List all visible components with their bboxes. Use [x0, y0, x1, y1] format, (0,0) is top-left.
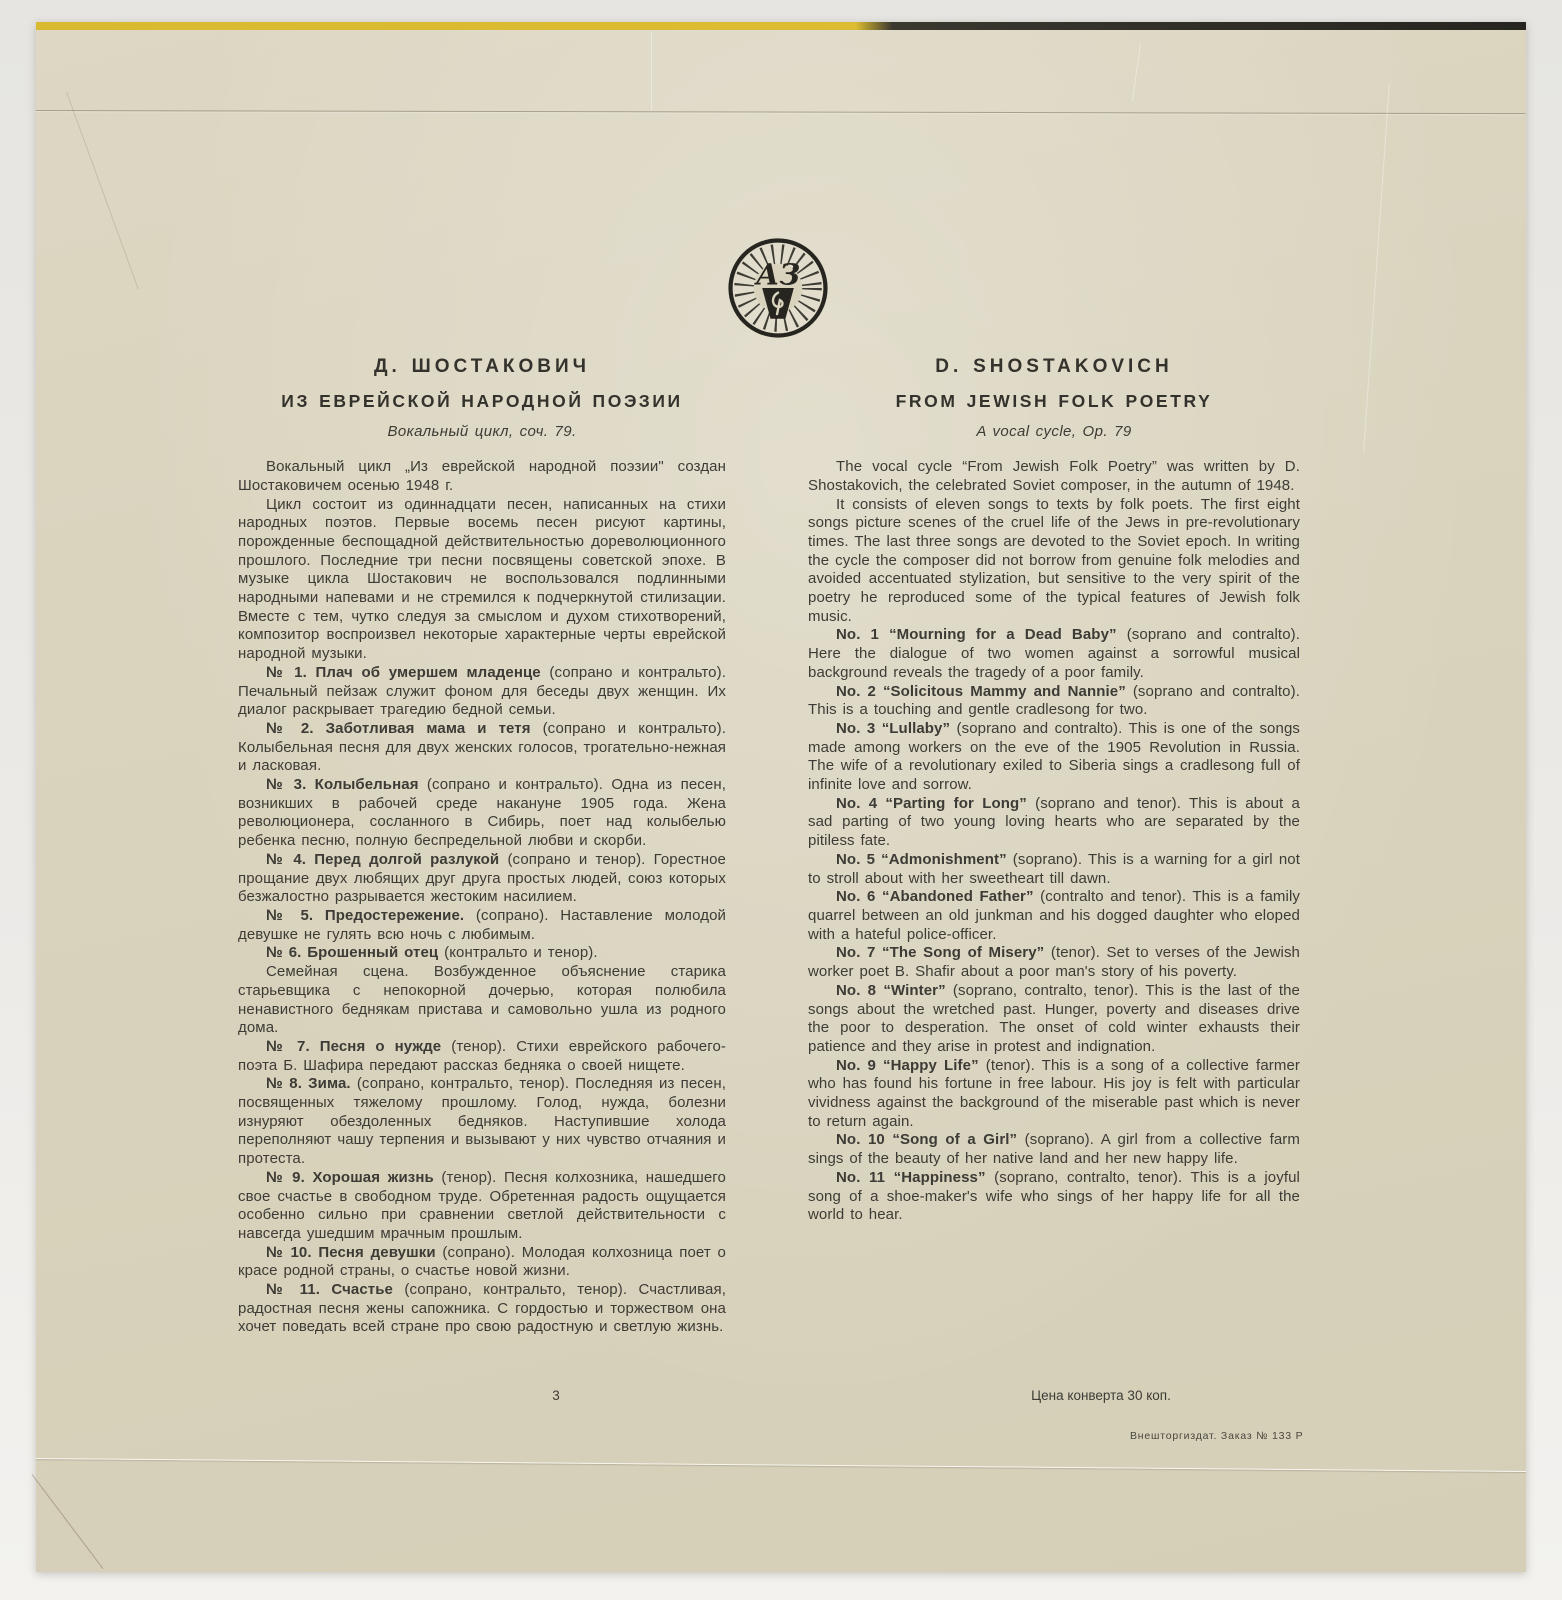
en-song-6-title: No. 6 “Abandoned Father”: [836, 888, 1034, 905]
flap-seam-top: [36, 110, 1526, 114]
ru-song-5-title: № 5. Предостережение.: [266, 907, 464, 924]
ru-song-2: № 2. Заботливая мама и тетя (сопрано и к…: [238, 720, 726, 776]
ru-song-8: № 8. Зима. (сопрано, контральто, тенор).…: [238, 1075, 726, 1169]
en-song-4-title: No. 4 “Parting for Long”: [836, 795, 1027, 812]
ru-song-6-note: Семейная сцена. Возбужденное объяснение …: [238, 963, 726, 1038]
ru-song-4-title: № 4. Перед долгой разлукой: [266, 851, 499, 868]
ru-song-9: № 9. Хорошая жизнь (тенор). Песня колхоз…: [238, 1169, 726, 1244]
liner-notes-en: The vocal cycle “From Jewish Folk Poetry…: [808, 458, 1300, 1225]
en-intro-1: The vocal cycle “From Jewish Folk Poetry…: [808, 458, 1300, 495]
ru-song-11-title: № 11. Счастье: [266, 1281, 393, 1298]
ru-song-7: № 7. Песня о нужде (тенор). Стихи еврейс…: [238, 1038, 726, 1075]
ru-song-3-title: № 3. Колыбельная: [266, 776, 419, 793]
crease-line: [66, 92, 139, 290]
en-song-7: No. 7 “The Song of Misery” (tenor). Set …: [808, 944, 1300, 981]
sleeve-top-edge: [36, 22, 1526, 30]
composer-name-en: D. SHOSTAKOVICH: [808, 358, 1300, 377]
en-song-11-title: No. 11 “Happiness”: [836, 1169, 986, 1186]
ru-song-1-title: № 1. Плач об умершем младенце: [266, 664, 541, 681]
en-song-4: No. 4 “Parting for Long” (soprano and te…: [808, 795, 1300, 851]
liner-notes-ru: Вокальный цикл „Из еврейской народной по…: [238, 458, 726, 1337]
en-song-7-title: No. 7 “The Song of Misery”: [836, 944, 1044, 961]
ru-song-10-title: № 10. Песня девушки: [266, 1244, 436, 1261]
envelope-price: Цена конверта 30 коп.: [886, 1388, 1316, 1403]
crease-line: [1363, 82, 1390, 451]
en-song-10-title: No. 10 “Song of a Girl”: [836, 1131, 1017, 1148]
work-subtitle-en: A vocal cycle, Op. 79: [808, 423, 1300, 442]
crease-line: [1132, 42, 1141, 102]
en-song-1: No. 1 “Mourning for a Dead Baby” (sopran…: [808, 626, 1300, 682]
en-song-5-title: No. 5 “Admonishment”: [836, 851, 1007, 868]
en-intro-2: It consists of eleven songs to texts by …: [808, 496, 1300, 627]
corner-crease-bottom-left: [32, 1474, 104, 1569]
ru-song-5: № 5. Предостережение. (сопрано). Наставл…: [238, 907, 726, 944]
en-song-11: No. 11 “Happiness” (soprano, contralto, …: [808, 1169, 1300, 1225]
en-song-6: No. 6 “Abandoned Father” (contralto and …: [808, 888, 1300, 944]
en-song-3-title: No. 3 “Lullaby”: [836, 720, 950, 737]
en-song-5: No. 5 “Admonishment” (soprano). This is …: [808, 851, 1300, 888]
english-column: D. SHOSTAKOVICH FROM JEWISH FOLK POETRY …: [808, 358, 1300, 1225]
record-plant-torch-emblem: АЗ: [724, 234, 832, 342]
ru-song-11: № 11. Счастье (сопрано, контральто, тено…: [238, 1281, 726, 1337]
work-subtitle-ru: Вокальный цикл, соч. 79.: [238, 423, 726, 442]
ru-song-6-text: (контральто и тенор).: [438, 944, 597, 961]
en-song-2-title: No. 2 “Solicitous Mammy and Nannie”: [836, 683, 1126, 700]
work-title-ru: ИЗ ЕВРЕЙСКОЙ НАРОДНОЙ ПОЭЗИИ: [238, 392, 726, 411]
crease-line: [651, 32, 652, 110]
ru-song-6-title: № 6. Брошенный отец: [266, 944, 438, 961]
work-title-en: FROM JEWISH FOLK POETRY: [808, 392, 1300, 411]
en-song-10: No. 10 “Song of a Girl” (soprano). A gir…: [808, 1131, 1300, 1168]
ru-intro-1: Вокальный цикл „Из еврейской народной по…: [238, 458, 726, 495]
composer-name-ru: Д. ШОСТАКОВИЧ: [238, 358, 726, 377]
ru-song-7-title: № 7. Песня о нужде: [266, 1038, 441, 1055]
publisher-imprint: Внешторгиздат. Заказ № 133 Р: [1130, 1430, 1303, 1442]
ru-song-9-title: № 9. Хорошая жизнь: [266, 1169, 434, 1186]
ru-song-2-title: № 2. Заботливая мама и тетя: [266, 720, 531, 737]
ru-song-8-title: № 8. Зима.: [266, 1075, 351, 1092]
ru-song-1: № 1. Плач об умершем младенце (сопрано и…: [238, 664, 726, 720]
en-song-8: No. 8 “Winter” (soprano, contralto, teno…: [808, 982, 1300, 1057]
ru-song-10: № 10. Песня девушки (сопрано). Молодая к…: [238, 1244, 726, 1281]
ru-song-6: № 6. Брошенный отец (контральто и тенор)…: [238, 944, 726, 963]
page-number: 3: [526, 1388, 586, 1403]
ru-song-3: № 3. Колыбельная (сопрано и контральто).…: [238, 776, 726, 851]
en-song-8-title: No. 8 “Winter”: [836, 982, 946, 999]
ru-song-4: № 4. Перед долгой разлукой (сопрано и те…: [238, 851, 726, 907]
en-song-3: No. 3 “Lullaby” (soprano and contralto).…: [808, 720, 1300, 795]
en-song-9-title: No. 9 “Happy Life”: [836, 1057, 979, 1074]
flap-seam-bottom: [36, 1458, 1526, 1472]
russian-column: Д. ШОСТАКОВИЧ ИЗ ЕВРЕЙСКОЙ НАРОДНОЙ ПОЭЗ…: [238, 358, 726, 1337]
en-song-2: No. 2 “Solicitous Mammy and Nannie” (sop…: [808, 683, 1300, 720]
flame-monogram: АЗ: [754, 257, 800, 291]
en-song-9: No. 9 “Happy Life” (tenor). This is a so…: [808, 1057, 1300, 1132]
en-song-1-title: No. 1 “Mourning for a Dead Baby”: [836, 626, 1117, 643]
ru-intro-2: Цикл состоит из одиннадцати песен, напис…: [238, 496, 726, 664]
record-sleeve-back: АЗ Д. ШОСТАКОВИЧ ИЗ ЕВРЕЙСКОЙ НАРОДНОЙ П…: [36, 22, 1526, 1572]
